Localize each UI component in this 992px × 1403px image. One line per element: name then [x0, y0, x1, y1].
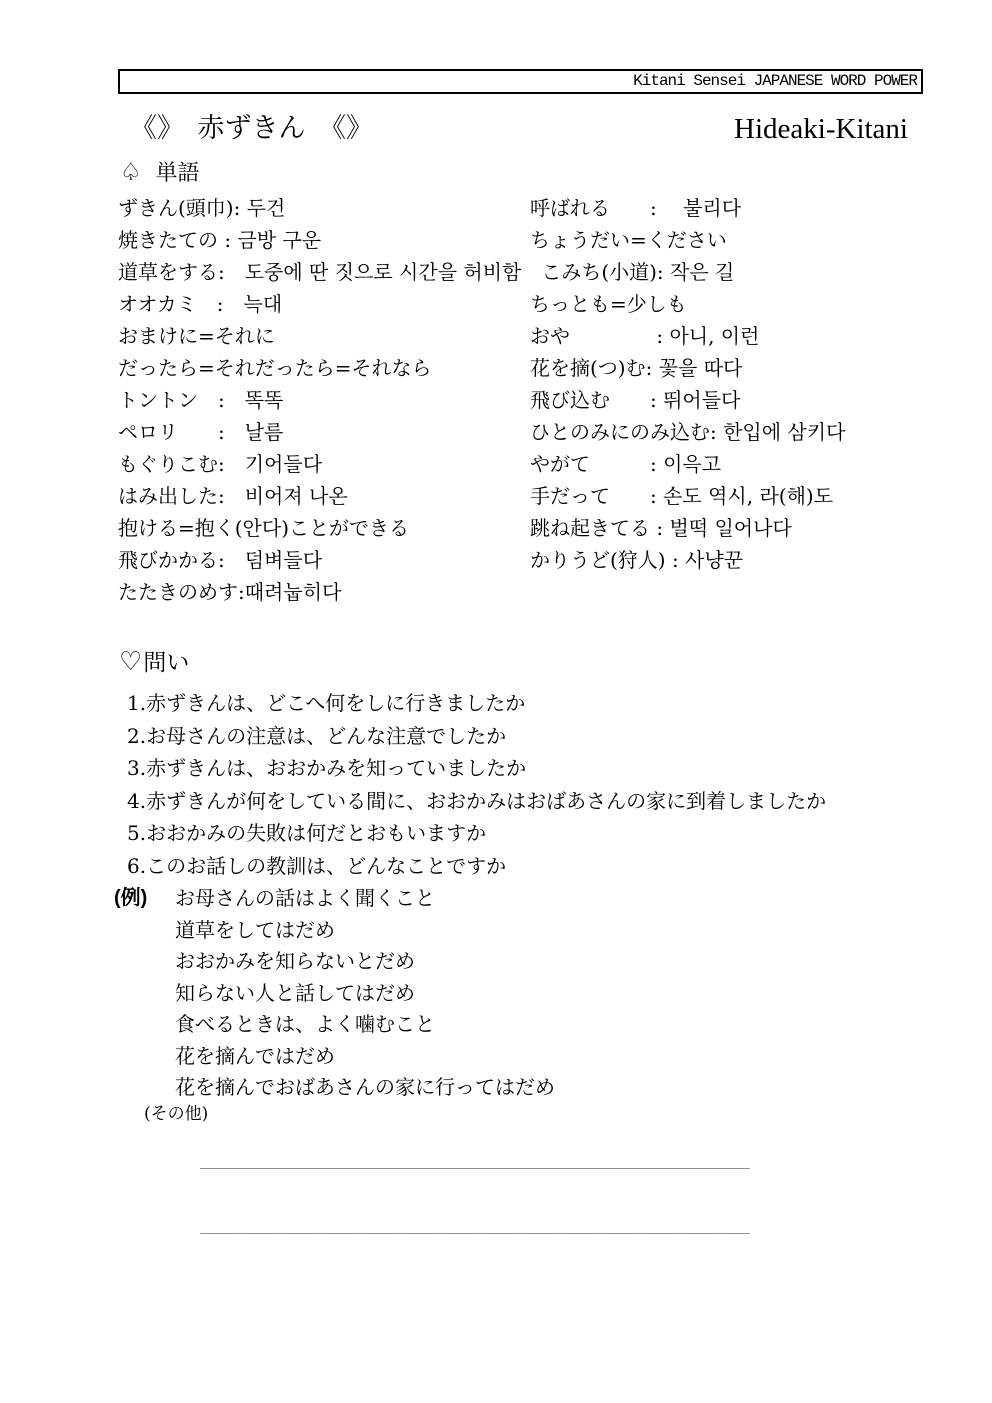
- vocab-row: トントン : 똑똑飛び込む : 뛰어들다: [118, 384, 928, 416]
- vocab-entry-right: かりうど(狩人) : 사냥꾼: [530, 544, 743, 576]
- questions-list: 1.赤ずきんは、どこへ何をしに行きましたか 2.お母さんの注意は、どんな注意でし…: [127, 687, 826, 882]
- answer-blank-line: ________________________________________…: [200, 1147, 750, 1169]
- example-list: お母さんの話はよく聞くこと 道草をしてはだめ おおかみを知らないとだめ 知らない…: [175, 883, 555, 1104]
- vocab-row: だったら=それだったら=それなら 花を摘(つ)む: 꽃을 따다: [118, 352, 928, 384]
- vocab-entry-right: ひとのみにのみ込む: 한입에 삼키다: [530, 416, 845, 448]
- author-name: Hideaki-Kitani: [734, 112, 908, 146]
- other-note: (その他): [144, 1102, 208, 1126]
- header-banner: Kitani Sensei JAPANESE WORD POWER: [118, 69, 923, 94]
- vocab-row: はみ出した: 비어져 나온手だって : 손도 역시, 라(해)도: [118, 480, 928, 512]
- vocab-row: 抱ける=抱く(안다)ことができる跳ね起きてる : 벌떡 일어나다: [118, 512, 928, 544]
- vocab-entry-left: トントン : 똑똑: [118, 388, 283, 412]
- vocab-entry-left: おまけに=それに: [118, 324, 275, 348]
- question-item: 2.お母さんの注意は、どんな注意でしたか: [127, 720, 826, 753]
- vocab-entry-left: だったら=それだったら=それなら: [118, 356, 432, 380]
- vocab-entry-left: ずきん(頭巾): 두건: [118, 196, 285, 220]
- example-line: おおかみを知らないとだめ: [175, 946, 555, 978]
- vocab-list: ずきん(頭巾): 두건呼ばれる : 불리다 焼きたての : 금방 구운 ちょうだ…: [118, 192, 928, 608]
- vocab-entry-left: オオカミ : 늑대: [118, 292, 282, 316]
- vocab-entry-left: ペロリ : 날름: [118, 420, 283, 444]
- vocab-entry-left: 道草をする: 도중에 딴 짓으로 시간을 허비함 こみち(小道): 작은 길: [118, 260, 734, 284]
- vocab-row: おまけに=それに おや : 아니, 이런: [118, 320, 928, 352]
- heart-icon: ♡: [119, 647, 142, 677]
- vocab-entry-right: おや : 아니, 이런: [530, 320, 759, 352]
- vocab-row: 焼きたての : 금방 구운 ちょうだい=ください: [118, 224, 928, 256]
- example-line: 道草をしてはだめ: [175, 915, 555, 947]
- vocab-row: 飛びかかる: 덤벼들다かりうど(狩人) : 사냥꾼: [118, 544, 928, 576]
- vocab-entry-right: ちょうだい=ください: [530, 224, 727, 256]
- vocab-row: たたきのめす:때려눕히다: [118, 576, 928, 608]
- question-item: 3.赤ずきんは、おおかみを知っていましたか: [127, 752, 826, 785]
- question-item: 6.このお話しの教訓は、どんなことですか: [127, 850, 826, 883]
- vocab-entry-left: もぐりこむ: 기어들다: [118, 452, 322, 476]
- vocab-row: ずきん(頭巾): 두건呼ばれる : 불리다: [118, 192, 928, 224]
- vocab-entry-right: ちっとも=少しも: [530, 288, 687, 320]
- vocab-entry-right: やがて : 이윽고: [530, 448, 721, 480]
- vocab-entry-right: 花を摘(つ)む: 꽃을 따다: [530, 352, 742, 384]
- example-label: (例): [114, 885, 147, 911]
- header-banner-text: Kitani Sensei JAPANESE WORD POWER: [633, 72, 917, 90]
- vocab-entry-right: 手だって : 손도 역시, 라(해)도: [530, 480, 833, 512]
- question-item: 5.おおかみの失敗は何だとおもいますか: [127, 817, 826, 850]
- example-line: 花を摘んではだめ: [175, 1041, 555, 1073]
- question-item: 4.赤ずきんが何をしている間に、おおかみはおばあさんの家に到着しましたか: [127, 785, 826, 818]
- spade-icon: ♤: [120, 158, 142, 186]
- vocab-entry-left: 飛びかかる: 덤벼들다: [118, 548, 322, 572]
- vocab-entry-right: 跳ね起きてる : 벌떡 일어나다: [530, 512, 792, 544]
- answer-blank-line: ________________________________________…: [200, 1212, 750, 1234]
- vocab-entry-right: 飛び込む : 뛰어들다: [530, 384, 740, 416]
- questions-heading-label: 問い: [143, 650, 189, 676]
- vocab-row: もぐりこむ: 기어들다やがて : 이윽고: [118, 448, 928, 480]
- vocab-entry-left: 抱ける=抱く(안다)ことができる: [118, 516, 409, 540]
- vocab-row: 道草をする: 도중에 딴 짓으로 시간을 허비함 こみち(小道): 작은 길: [118, 256, 928, 288]
- vocab-row: オオカミ : 늑대ちっとも=少しも: [118, 288, 928, 320]
- example-line: 食べるときは、よく噛むこと: [175, 1009, 555, 1041]
- questions-section-heading: ♡問い: [119, 645, 189, 680]
- vocab-entry-right: 呼ばれる : 불리다: [530, 192, 741, 224]
- example-line: 知らない人と話してはだめ: [175, 978, 555, 1010]
- vocab-heading-label: 単語: [156, 161, 200, 186]
- question-item: 1.赤ずきんは、どこへ何をしに行きましたか: [127, 687, 826, 720]
- example-line: 花を摘んでおばあさんの家に行ってはだめ: [175, 1072, 555, 1104]
- page-title: 《》 赤ずきん 《》: [130, 112, 373, 146]
- worksheet-page: Kitani Sensei JAPANESE WORD POWER 《》 赤ずき…: [0, 0, 992, 1403]
- vocab-entry-left: はみ出した: 비어져 나온: [118, 484, 348, 508]
- vocab-section-heading: ♤単語: [120, 157, 200, 189]
- example-line: お母さんの話はよく聞くこと: [175, 883, 555, 915]
- vocab-row: ペロリ : 날름ひとのみにのみ込む: 한입에 삼키다: [118, 416, 928, 448]
- vocab-entry-left: 焼きたての : 금방 구운: [118, 228, 321, 252]
- vocab-entry-left: たたきのめす:때려눕히다: [118, 580, 341, 604]
